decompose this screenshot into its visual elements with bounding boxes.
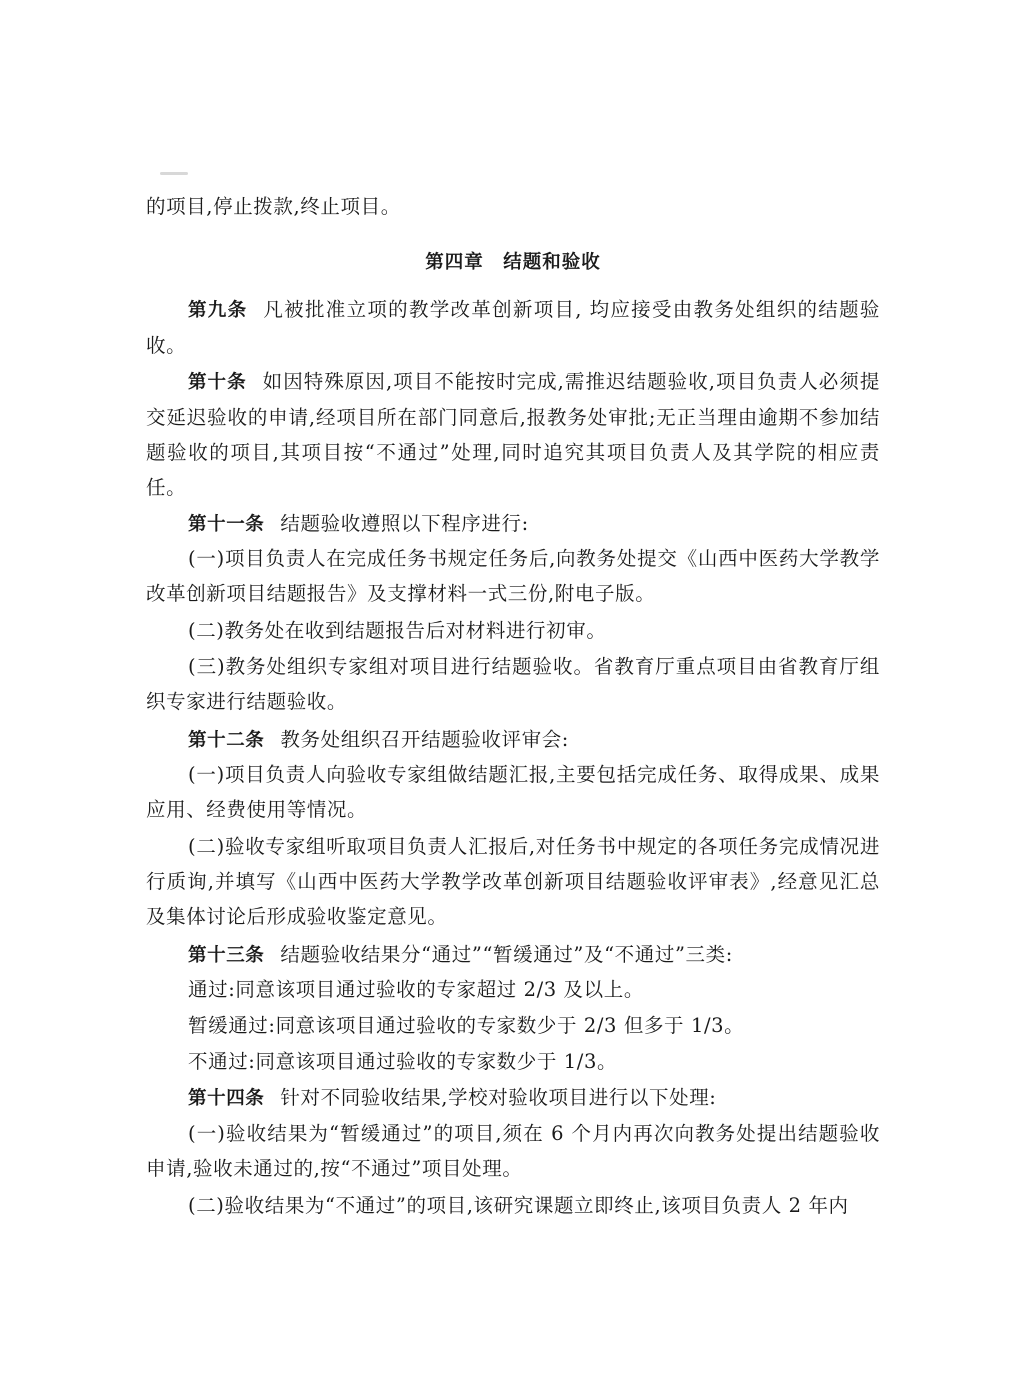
article-13-item-2: 暂缓通过:同意该项目通过验收的专家数少于 2/3 但多于 1/3。 xyxy=(146,1008,922,1043)
article-14-item-1: (一)验收结果为“暂缓通过”的项目,须在 6 个月内再次向教务处提出结题验收申请… xyxy=(146,1116,880,1186)
continuation-text: 的项目,停止拨款,终止项目。 xyxy=(146,189,880,224)
article-11-item-1: (一)项目负责人在完成任务书规定任务后,向教务处提交《山西中医药大学教学改革创新… xyxy=(146,541,880,611)
article-label: 第九条 xyxy=(188,300,247,321)
article-label: 第十条 xyxy=(188,372,247,393)
article-label: 第十二条 xyxy=(188,730,264,751)
article-14: 第十四条针对不同验收结果,学校对验收项目进行以下处理: xyxy=(146,1080,880,1116)
article-text: 结题验收遵照以下程序进行: xyxy=(280,512,528,535)
article-text: 如因特殊原因,项目不能按时完成,需推迟结题验收,项目负责人必须提交延迟验收的申请… xyxy=(146,370,880,499)
article-12-item-1: (一)项目负责人向验收专家组做结题汇报,主要包括完成任务、取得成果、成果应用、经… xyxy=(146,757,880,827)
article-text: 凡被批准立项的教学改革创新项目, 均应接受由教务处组织的结题验收。 xyxy=(146,298,880,357)
article-10: 第十条如因特殊原因,项目不能按时完成,需推迟结题验收,项目负责人必须提交延迟验收… xyxy=(146,364,880,505)
article-14-item-2: (二)验收结果为“不通过”的项目,该研究课题立即终止,该项目负责人 2 年内 xyxy=(146,1188,880,1223)
article-13-item-1: 通过:同意该项目通过验收的专家超过 2/3 及以上。 xyxy=(146,972,922,1007)
article-text: 教务处组织召开结题验收评审会: xyxy=(280,728,569,751)
article-12-item-2: (二)验收专家组听取项目负责人汇报后,对任务书中规定的各项任务完成情况进行质询,… xyxy=(146,829,880,934)
article-11-item-3: (三)教务处组织专家组对项目进行结题验收。省教育厅重点项目由省教育厅组织专家进行… xyxy=(146,649,880,719)
article-12: 第十二条教务处组织召开结题验收评审会: xyxy=(146,722,880,758)
article-11-item-2: (二)教务处在收到结题报告后对材料进行初审。 xyxy=(146,613,880,648)
article-text: 针对不同验收结果,学校对验收项目进行以下处理: xyxy=(280,1086,716,1109)
article-text: 结题验收结果分“通过”“暂缓通过”及“不通过”三类: xyxy=(280,943,732,966)
article-label: 第十四条 xyxy=(188,1088,264,1109)
article-label: 第十一条 xyxy=(188,514,264,535)
article-label: 第十三条 xyxy=(188,945,264,966)
article-11: 第十一条结题验收遵照以下程序进行: xyxy=(146,506,880,542)
scan-artifact xyxy=(160,172,188,175)
article-13: 第十三条结题验收结果分“通过”“暂缓通过”及“不通过”三类: xyxy=(146,937,880,973)
article-13-item-3: 不通过:同意该项目通过验收的专家数少于 1/3。 xyxy=(146,1044,922,1079)
chapter-heading: 第四章 结题和验收 xyxy=(146,248,880,274)
article-9: 第九条凡被批准立项的教学改革创新项目, 均应接受由教务处组织的结题验收。 xyxy=(146,292,880,363)
